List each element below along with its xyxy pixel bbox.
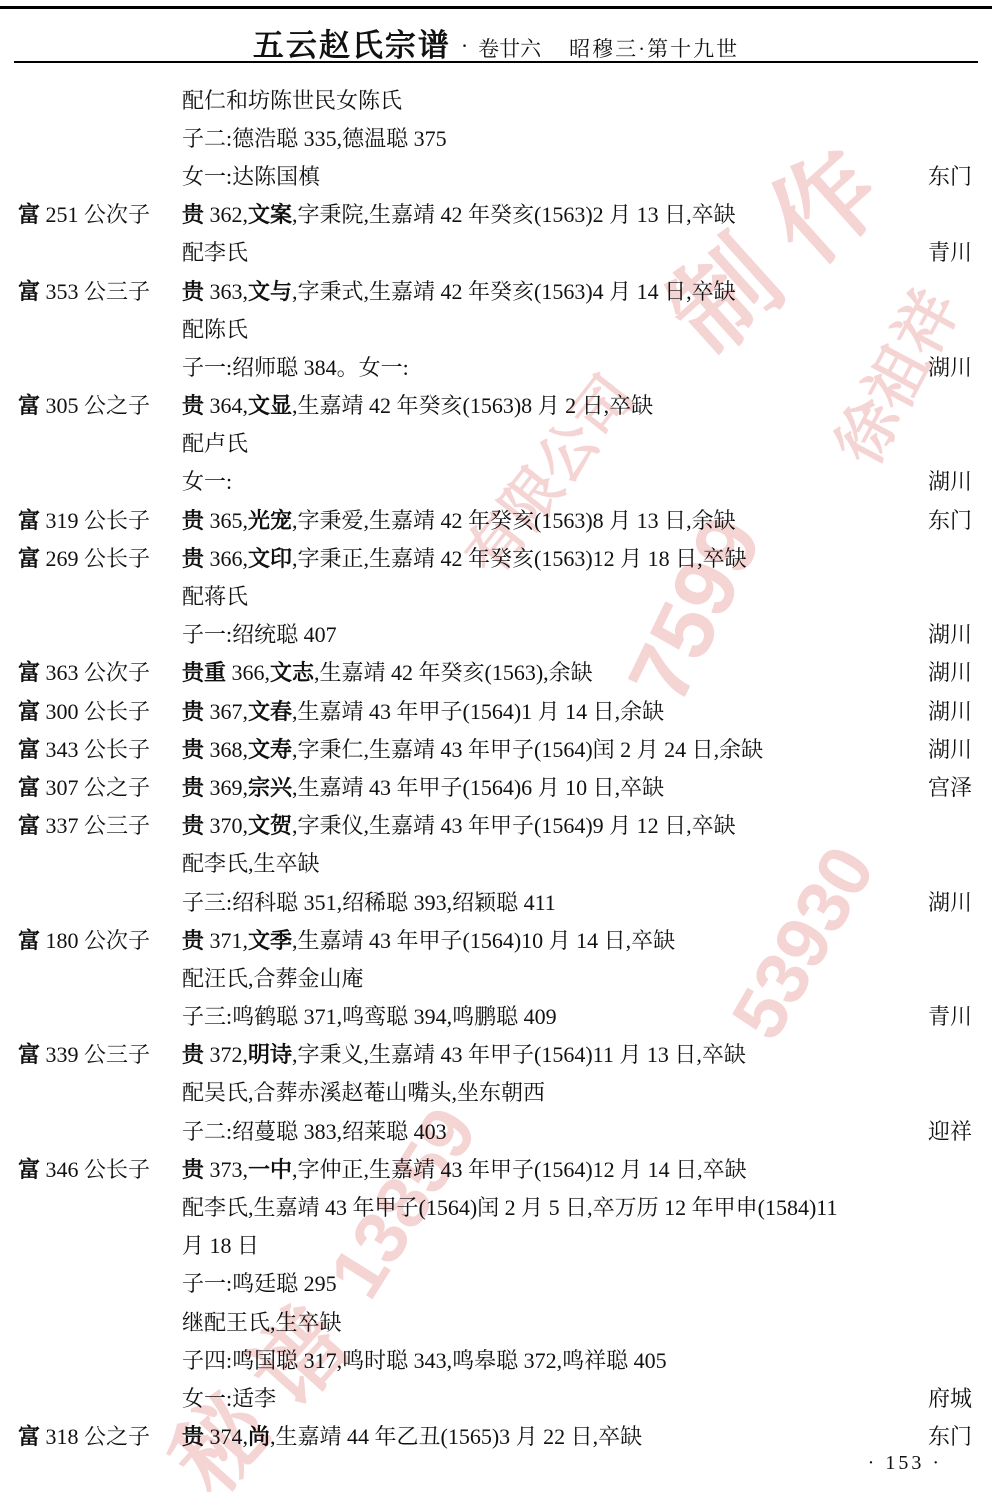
table-row: 配吴氏,合葬赤溪赵菴山嘴头,坐东朝西 <box>0 1073 992 1111</box>
branch-label: 湖川 <box>906 351 992 382</box>
generation-label: 富 318 公之子 <box>0 1420 182 1451</box>
generation-label: 富 305 公之子 <box>0 389 182 420</box>
branch-label: 东门 <box>906 1420 992 1451</box>
entry-text: 贵 366,文印,字秉正,生嘉靖 42 年癸亥(1563)12 月 18 日,卒… <box>182 542 906 573</box>
table-row: 富 339 公三子贵 372,明诗,字秉义,生嘉靖 43 年甲子(1564)11… <box>0 1035 992 1073</box>
table-row: 配李氏,生卒缺 <box>0 844 992 882</box>
entry-text: 贵 368,文寿,字秉仁,生嘉靖 43 年甲子(1564)闰 2 月 24 日,… <box>182 733 906 764</box>
branch-label: 府城 <box>906 1382 992 1413</box>
entry-text: 月 18 日 <box>182 1229 906 1260</box>
table-row: 富 305 公之子贵 364,文显,生嘉靖 42 年癸亥(1563)8 月 2 … <box>0 386 992 424</box>
entry-text: 配陈氏 <box>182 313 906 344</box>
branch-label: 宫泽 <box>906 771 992 802</box>
entry-text: 贵 373,一中,字仲正,生嘉靖 43 年甲子(1564)12 月 14 日,卒… <box>182 1153 906 1184</box>
entry-text: 子二:绍蔓聪 383,绍莱聪 403 <box>182 1115 906 1146</box>
volume-label: 卷廿六 <box>478 37 541 61</box>
table-row: 富 251 公次子贵 362,文案,字秉院,生嘉靖 42 年癸亥(1563)2 … <box>0 195 992 233</box>
table-row: 富 307 公之子贵 369,宗兴,生嘉靖 43 年甲子(1564)6 月 10… <box>0 767 992 805</box>
table-row: 配卢氏 <box>0 424 992 462</box>
table-row: 子一:绍统聪 407湖川 <box>0 615 992 653</box>
table-row: 富 346 公长子贵 373,一中,字仲正,生嘉靖 43 年甲子(1564)12… <box>0 1149 992 1187</box>
page-number: · 153 · <box>868 1452 942 1475</box>
generation-label: 富 363 公次子 <box>0 656 182 687</box>
table-row: 配汪氏,合葬金山庵 <box>0 958 992 996</box>
entry-text: 配卢氏 <box>182 427 906 458</box>
entry-text: 配吴氏,合葬赤溪赵菴山嘴头,坐东朝西 <box>182 1076 906 1107</box>
entry-text: 子二:德浩聪 335,德温聪 375 <box>182 122 906 153</box>
entry-text: 子一:绍统聪 407 <box>182 618 906 649</box>
generation-label: 富 251 公次子 <box>0 198 182 229</box>
generation-label: 富 339 公三子 <box>0 1038 182 1069</box>
page-header: 五云赵氏宗谱·卷廿六昭穆三·第十九世 <box>0 20 992 65</box>
table-row: 子二:德浩聪 335,德温聪 375 <box>0 118 992 156</box>
table-row: 女一:达陈国槙东门 <box>0 156 992 194</box>
generation-label: 富 319 公长子 <box>0 504 182 535</box>
table-row: 配李氏,生嘉靖 43 年甲子(1564)闰 2 月 5 日,卒万历 12 年甲申… <box>0 1187 992 1225</box>
table-row: 富 337 公三子贵 370,文贺,字秉仪,生嘉靖 43 年甲子(1564)9 … <box>0 806 992 844</box>
generation-label: 富 353 公三子 <box>0 275 182 306</box>
branch-label: 青川 <box>906 1000 992 1031</box>
branch-label: 青川 <box>906 236 992 267</box>
entry-text: 贵 365,光宠,字秉爱,生嘉靖 42 年癸亥(1563)8 月 13 日,余缺 <box>182 504 906 535</box>
table-row: 富 363 公次子贵重 366,文志,生嘉靖 42 年癸亥(1563),余缺湖川 <box>0 653 992 691</box>
entry-text: 配汪氏,合葬金山庵 <box>182 962 906 993</box>
generation-label: 富 346 公长子 <box>0 1153 182 1184</box>
entry-text: 贵 374,尚,生嘉靖 44 年乙丑(1565)3 月 22 日,卒缺 <box>182 1420 906 1451</box>
table-row: 配李氏青川 <box>0 233 992 271</box>
table-row: 子一:鸣廷聪 295 <box>0 1264 992 1302</box>
table-row: 月 18 日 <box>0 1226 992 1264</box>
table-row: 子三:鸣鹤聪 371,鸣鸾聪 394,鸣鹏聪 409青川 <box>0 997 992 1035</box>
entry-text: 子三:绍科聪 351,绍稀聪 393,绍颖聪 411 <box>182 886 906 917</box>
branch-label: 东门 <box>906 160 992 191</box>
table-row: 子一:绍师聪 384。女一:湖川 <box>0 347 992 385</box>
entry-text: 子四:鸣国聪 317,鸣时聪 343,鸣皋聪 372,鸣祥聪 405 <box>182 1344 906 1375</box>
entry-text: 女一:达陈国槙 <box>182 160 906 191</box>
generation-label: 富 307 公之子 <box>0 771 182 802</box>
entry-text: 贵 364,文显,生嘉靖 42 年癸亥(1563)8 月 2 日,卒缺 <box>182 389 906 420</box>
entry-text: 贵 370,文贺,字秉仪,生嘉靖 43 年甲子(1564)9 月 12 日,卒缺 <box>182 809 906 840</box>
entry-text: 贵 372,明诗,字秉义,生嘉靖 43 年甲子(1564)11 月 13 日,卒… <box>182 1038 906 1069</box>
entry-text: 配蒋氏 <box>182 580 906 611</box>
entry-text: 贵 371,文季,生嘉靖 43 年甲子(1564)10 月 14 日,卒缺 <box>182 924 906 955</box>
branch-label: 湖川 <box>906 733 992 764</box>
table-row: 配仁和坊陈世民女陈氏 <box>0 80 992 118</box>
table-row: 女一:湖川 <box>0 462 992 500</box>
entry-text: 贵 369,宗兴,生嘉靖 43 年甲子(1564)6 月 10 日,卒缺 <box>182 771 906 802</box>
entry-text: 贵 367,文春,生嘉靖 43 年甲子(1564)1 月 14 日,余缺 <box>182 695 906 726</box>
table-row: 富 343 公长子贵 368,文寿,字秉仁,生嘉靖 43 年甲子(1564)闰 … <box>0 729 992 767</box>
generation-label: 富 343 公长子 <box>0 733 182 764</box>
table-row: 富 318 公之子贵 374,尚,生嘉靖 44 年乙丑(1565)3 月 22 … <box>0 1417 992 1455</box>
entry-text: 女一:适李 <box>182 1382 906 1413</box>
table-row: 富 300 公长子贵 367,文春,生嘉靖 43 年甲子(1564)1 月 14… <box>0 691 992 729</box>
branch-label: 湖川 <box>906 618 992 649</box>
table-row: 子三:绍科聪 351,绍稀聪 393,绍颖聪 411湖川 <box>0 882 992 920</box>
entry-text: 女一: <box>182 465 906 496</box>
header-rule <box>14 61 978 63</box>
branch-label: 湖川 <box>906 886 992 917</box>
table-row: 富 269 公长子贵 366,文印,字秉正,生嘉靖 42 年癸亥(1563)12… <box>0 538 992 576</box>
book-title: 五云赵氏宗谱 <box>253 28 451 63</box>
branch-label: 湖川 <box>906 465 992 496</box>
entry-text: 子一:鸣廷聪 295 <box>182 1267 906 1298</box>
table-row: 子四:鸣国聪 317,鸣时聪 343,鸣皋聪 372,鸣祥聪 405 <box>0 1340 992 1378</box>
entry-text: 贵 362,文案,字秉院,生嘉靖 42 年癸亥(1563)2 月 13 日,卒缺 <box>182 198 906 229</box>
table-row: 配蒋氏 <box>0 576 992 614</box>
entry-text: 配李氏,生嘉靖 43 年甲子(1564)闰 2 月 5 日,卒万历 12 年甲申… <box>182 1191 906 1222</box>
entry-text: 配李氏,生卒缺 <box>182 847 906 878</box>
entry-text: 子三:鸣鹤聪 371,鸣鸾聪 394,鸣鹏聪 409 <box>182 1000 906 1031</box>
section-label: 昭穆三·第十九世 <box>569 37 739 61</box>
table-row: 女一:适李府城 <box>0 1378 992 1416</box>
branch-label: 迎祥 <box>906 1115 992 1146</box>
table-row: 富 180 公次子贵 371,文季,生嘉靖 43 年甲子(1564)10 月 1… <box>0 920 992 958</box>
top-rule <box>0 6 992 9</box>
table-row: 富 319 公长子贵 365,光宠,字秉爱,生嘉靖 42 年癸亥(1563)8 … <box>0 500 992 538</box>
branch-label: 湖川 <box>906 695 992 726</box>
entry-text: 子一:绍师聪 384。女一: <box>182 351 906 382</box>
entry-text: 配仁和坊陈世民女陈氏 <box>182 84 906 115</box>
entry-text: 配李氏 <box>182 236 906 267</box>
branch-label: 东门 <box>906 504 992 535</box>
table-row: 子二:绍蔓聪 383,绍莱聪 403迎祥 <box>0 1111 992 1149</box>
entry-text: 继配王氏,生卒缺 <box>182 1306 906 1337</box>
entry-text: 贵重 366,文志,生嘉靖 42 年癸亥(1563),余缺 <box>182 656 906 687</box>
table-row: 配陈氏 <box>0 309 992 347</box>
table-row: 继配王氏,生卒缺 <box>0 1302 992 1340</box>
entry-text: 贵 363,文与,字秉式,生嘉靖 42 年癸亥(1563)4 月 14 日,卒缺 <box>182 275 906 306</box>
generation-label: 富 180 公次子 <box>0 924 182 955</box>
generation-label: 富 337 公三子 <box>0 809 182 840</box>
table-row: 富 353 公三子贵 363,文与,字秉式,生嘉靖 42 年癸亥(1563)4 … <box>0 271 992 309</box>
title-separator: · <box>461 33 468 58</box>
genealogy-table: 配仁和坊陈世民女陈氏子二:德浩聪 335,德温聪 375女一:达陈国槙东门富 2… <box>0 80 992 1455</box>
generation-label: 富 269 公长子 <box>0 542 182 573</box>
branch-label: 湖川 <box>906 656 992 687</box>
generation-label: 富 300 公长子 <box>0 695 182 726</box>
